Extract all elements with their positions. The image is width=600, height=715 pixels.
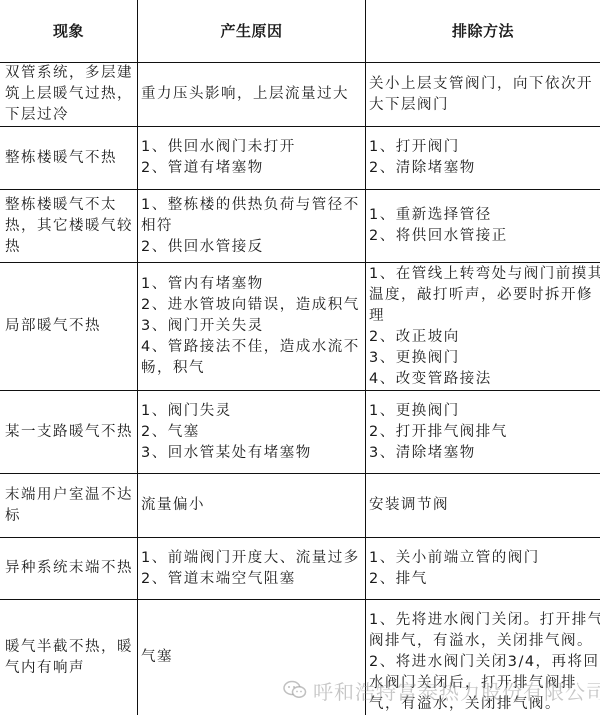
cell-text: 2、管道有堵塞物 <box>141 158 363 179</box>
cell-text: 重力压头影响，上层流量过大 <box>141 84 363 105</box>
cell-text: 温度，敲打听声，必要时拆开修 <box>369 285 598 306</box>
table-row: 整栋楼暖气不热 1、供回水阀门未打开 2、管道有堵塞物 1、打开阀门 2、清除堵… <box>0 126 600 189</box>
cause-cell: 1、阀门失灵 2、气塞 3、回水管某处有堵塞物 <box>137 391 365 473</box>
cell-text: 1、整栋楼的供热负荷与管径不 <box>141 195 363 216</box>
cell-text: 4、改变管路接法 <box>369 369 598 390</box>
header-label: 现象 <box>53 21 84 42</box>
cell-text: 2、将供回水管接正 <box>369 226 598 247</box>
phenomenon-cell: 整栋楼暖气不太 热，其它楼暖气较 热 <box>0 190 137 262</box>
cell-text: 标 <box>5 506 135 527</box>
cell-text: 水阀门关闭后，打开排气阀排 <box>369 673 598 694</box>
phenomenon-cell: 某一支路暖气不热 <box>0 391 137 473</box>
troubleshooting-table: 现象 产生原因 排除方法 双管系统，多层建 筑上层暖气过热， 下层过冷 重力压头… <box>0 0 600 715</box>
solution-cell: 1、打开阀门 2、清除堵塞物 <box>365 127 600 189</box>
solution-cell: 1、在管线上转弯处与阀门前摸其 温度，敲打听声，必要时拆开修 理 2、改正坡向 … <box>365 263 600 390</box>
table-row: 暖气半截不热，暖 气内有响声 气塞 1、先将进水阀门关闭。打开排气 阀排气，有溢… <box>0 599 600 715</box>
cell-text: 2、供回水管接反 <box>141 237 363 258</box>
phenomenon-cell: 双管系统，多层建 筑上层暖气过热， 下层过冷 <box>0 63 137 126</box>
cell-text: 4、管路接法不佳，造成水流不 <box>141 337 363 358</box>
cell-text: 畅，积气 <box>141 358 363 379</box>
cell-text: 安装调节阀 <box>369 495 598 516</box>
cell-text: 理 <box>369 306 598 327</box>
cause-cell: 1、整栋楼的供热负荷与管径不 相符 2、供回水管接反 <box>137 190 365 262</box>
header-label: 产生原因 <box>220 21 282 42</box>
solution-cell: 1、关小前端立管的阀门 2、排气 <box>365 538 600 599</box>
cell-text: 1、更换阀门 <box>369 401 598 422</box>
cell-text: 下层过冷 <box>5 105 135 126</box>
cell-text: 2、打开排气阀排气 <box>369 422 598 443</box>
solution-cell: 1、重新选择管径 2、将供回水管接正 <box>365 190 600 262</box>
cell-text: 热，其它楼暖气较 <box>5 216 135 237</box>
header-cause: 产生原因 <box>137 0 365 62</box>
cell-text: 阀排气，有溢水，关闭排气阀。 <box>369 631 598 652</box>
cell-text: 气内有响声 <box>5 658 135 679</box>
cell-text: 1、关小前端立管的阀门 <box>369 548 598 569</box>
cell-text: 暖气半截不热，暖 <box>5 637 135 658</box>
cause-cell: 1、前端阀门开度大、流量过多 2、管道末端空气阻塞 <box>137 538 365 599</box>
cell-text: 1、前端阀门开度大、流量过多 <box>141 548 363 569</box>
cell-text: 相符 <box>141 216 363 237</box>
phenomenon-cell: 末端用户室温不达 标 <box>0 474 137 537</box>
solution-cell: 1、更换阀门 2、打开排气阀排气 3、清除堵塞物 <box>365 391 600 473</box>
cell-text: 1、阀门失灵 <box>141 401 363 422</box>
cell-text: 3、清除堵塞物 <box>369 443 598 464</box>
header-label: 排除方法 <box>452 21 514 42</box>
cell-text: 2、清除堵塞物 <box>369 158 598 179</box>
cell-text: 2、将进水阀门关闭3/4，再将回 <box>369 652 598 673</box>
solution-cell: 1、先将进水阀门关闭。打开排气 阀排气，有溢水，关闭排气阀。 2、将进水阀门关闭… <box>365 600 600 715</box>
cell-text: 气，有溢水，关闭排气阀。 <box>369 694 598 715</box>
cell-text: 1、管内有堵塞物 <box>141 274 363 295</box>
cell-text: 3、回水管某处有堵塞物 <box>141 443 363 464</box>
header-solution: 排除方法 <box>365 0 600 62</box>
table-row: 局部暖气不热 1、管内有堵塞物 2、进水管坡向错误，造成积气 3、阀门开关失灵 … <box>0 262 600 390</box>
cell-text: 异种系统末端不热 <box>5 558 135 579</box>
cell-text: 2、管道末端空气阻塞 <box>141 569 363 590</box>
cause-cell: 1、供回水阀门未打开 2、管道有堵塞物 <box>137 127 365 189</box>
cell-text: 2、排气 <box>369 569 598 590</box>
cell-text: 1、重新选择管径 <box>369 205 598 226</box>
solution-cell: 安装调节阀 <box>365 474 600 537</box>
phenomenon-cell: 整栋楼暖气不热 <box>0 127 137 189</box>
cell-text: 筑上层暖气过热， <box>5 84 135 105</box>
cell-text: 大下层阀门 <box>369 95 598 116</box>
cell-text: 3、阀门开关失灵 <box>141 316 363 337</box>
cell-text: 整栋楼暖气不热 <box>5 148 135 169</box>
table-header-row: 现象 产生原因 排除方法 <box>0 0 600 62</box>
cell-text: 2、改正坡向 <box>369 327 598 348</box>
cell-text: 气塞 <box>141 647 363 668</box>
cell-text: 2、进水管坡向错误，造成积气 <box>141 295 363 316</box>
cell-text: 1、打开阀门 <box>369 137 598 158</box>
table-row: 双管系统，多层建 筑上层暖气过热， 下层过冷 重力压头影响，上层流量过大 关小上… <box>0 62 600 126</box>
cell-text: 1、供回水阀门未打开 <box>141 137 363 158</box>
header-phenomenon: 现象 <box>0 0 137 62</box>
cell-text: 2、气塞 <box>141 422 363 443</box>
cause-cell: 流量偏小 <box>137 474 365 537</box>
phenomenon-cell: 暖气半截不热，暖 气内有响声 <box>0 600 137 715</box>
table-row: 某一支路暖气不热 1、阀门失灵 2、气塞 3、回水管某处有堵塞物 1、更换阀门 … <box>0 390 600 473</box>
phenomenon-cell: 局部暖气不热 <box>0 263 137 390</box>
cell-text: 双管系统，多层建 <box>5 63 135 84</box>
table-row: 整栋楼暖气不太 热，其它楼暖气较 热 1、整栋楼的供热负荷与管径不 相符 2、供… <box>0 189 600 262</box>
cause-cell: 重力压头影响，上层流量过大 <box>137 63 365 126</box>
cell-text: 3、更换阀门 <box>369 348 598 369</box>
cell-text: 末端用户室温不达 <box>5 485 135 506</box>
phenomenon-cell: 异种系统末端不热 <box>0 538 137 599</box>
cell-text: 流量偏小 <box>141 495 363 516</box>
cell-text: 1、在管线上转弯处与阀门前摸其 <box>369 264 598 285</box>
table-row: 末端用户室温不达 标 流量偏小 安装调节阀 <box>0 473 600 537</box>
cell-text: 热 <box>5 237 135 258</box>
cell-text: 整栋楼暖气不太 <box>5 195 135 216</box>
cause-cell: 1、管内有堵塞物 2、进水管坡向错误，造成积气 3、阀门开关失灵 4、管路接法不… <box>137 263 365 390</box>
solution-cell: 关小上层支管阀门，向下依次开 大下层阀门 <box>365 63 600 126</box>
cell-text: 关小上层支管阀门，向下依次开 <box>369 74 598 95</box>
cell-text: 某一支路暖气不热 <box>5 422 135 443</box>
cell-text: 局部暖气不热 <box>5 316 135 337</box>
cell-text: 1、先将进水阀门关闭。打开排气 <box>369 610 598 631</box>
table-row: 异种系统末端不热 1、前端阀门开度大、流量过多 2、管道末端空气阻塞 1、关小前… <box>0 537 600 599</box>
cause-cell: 气塞 <box>137 600 365 715</box>
